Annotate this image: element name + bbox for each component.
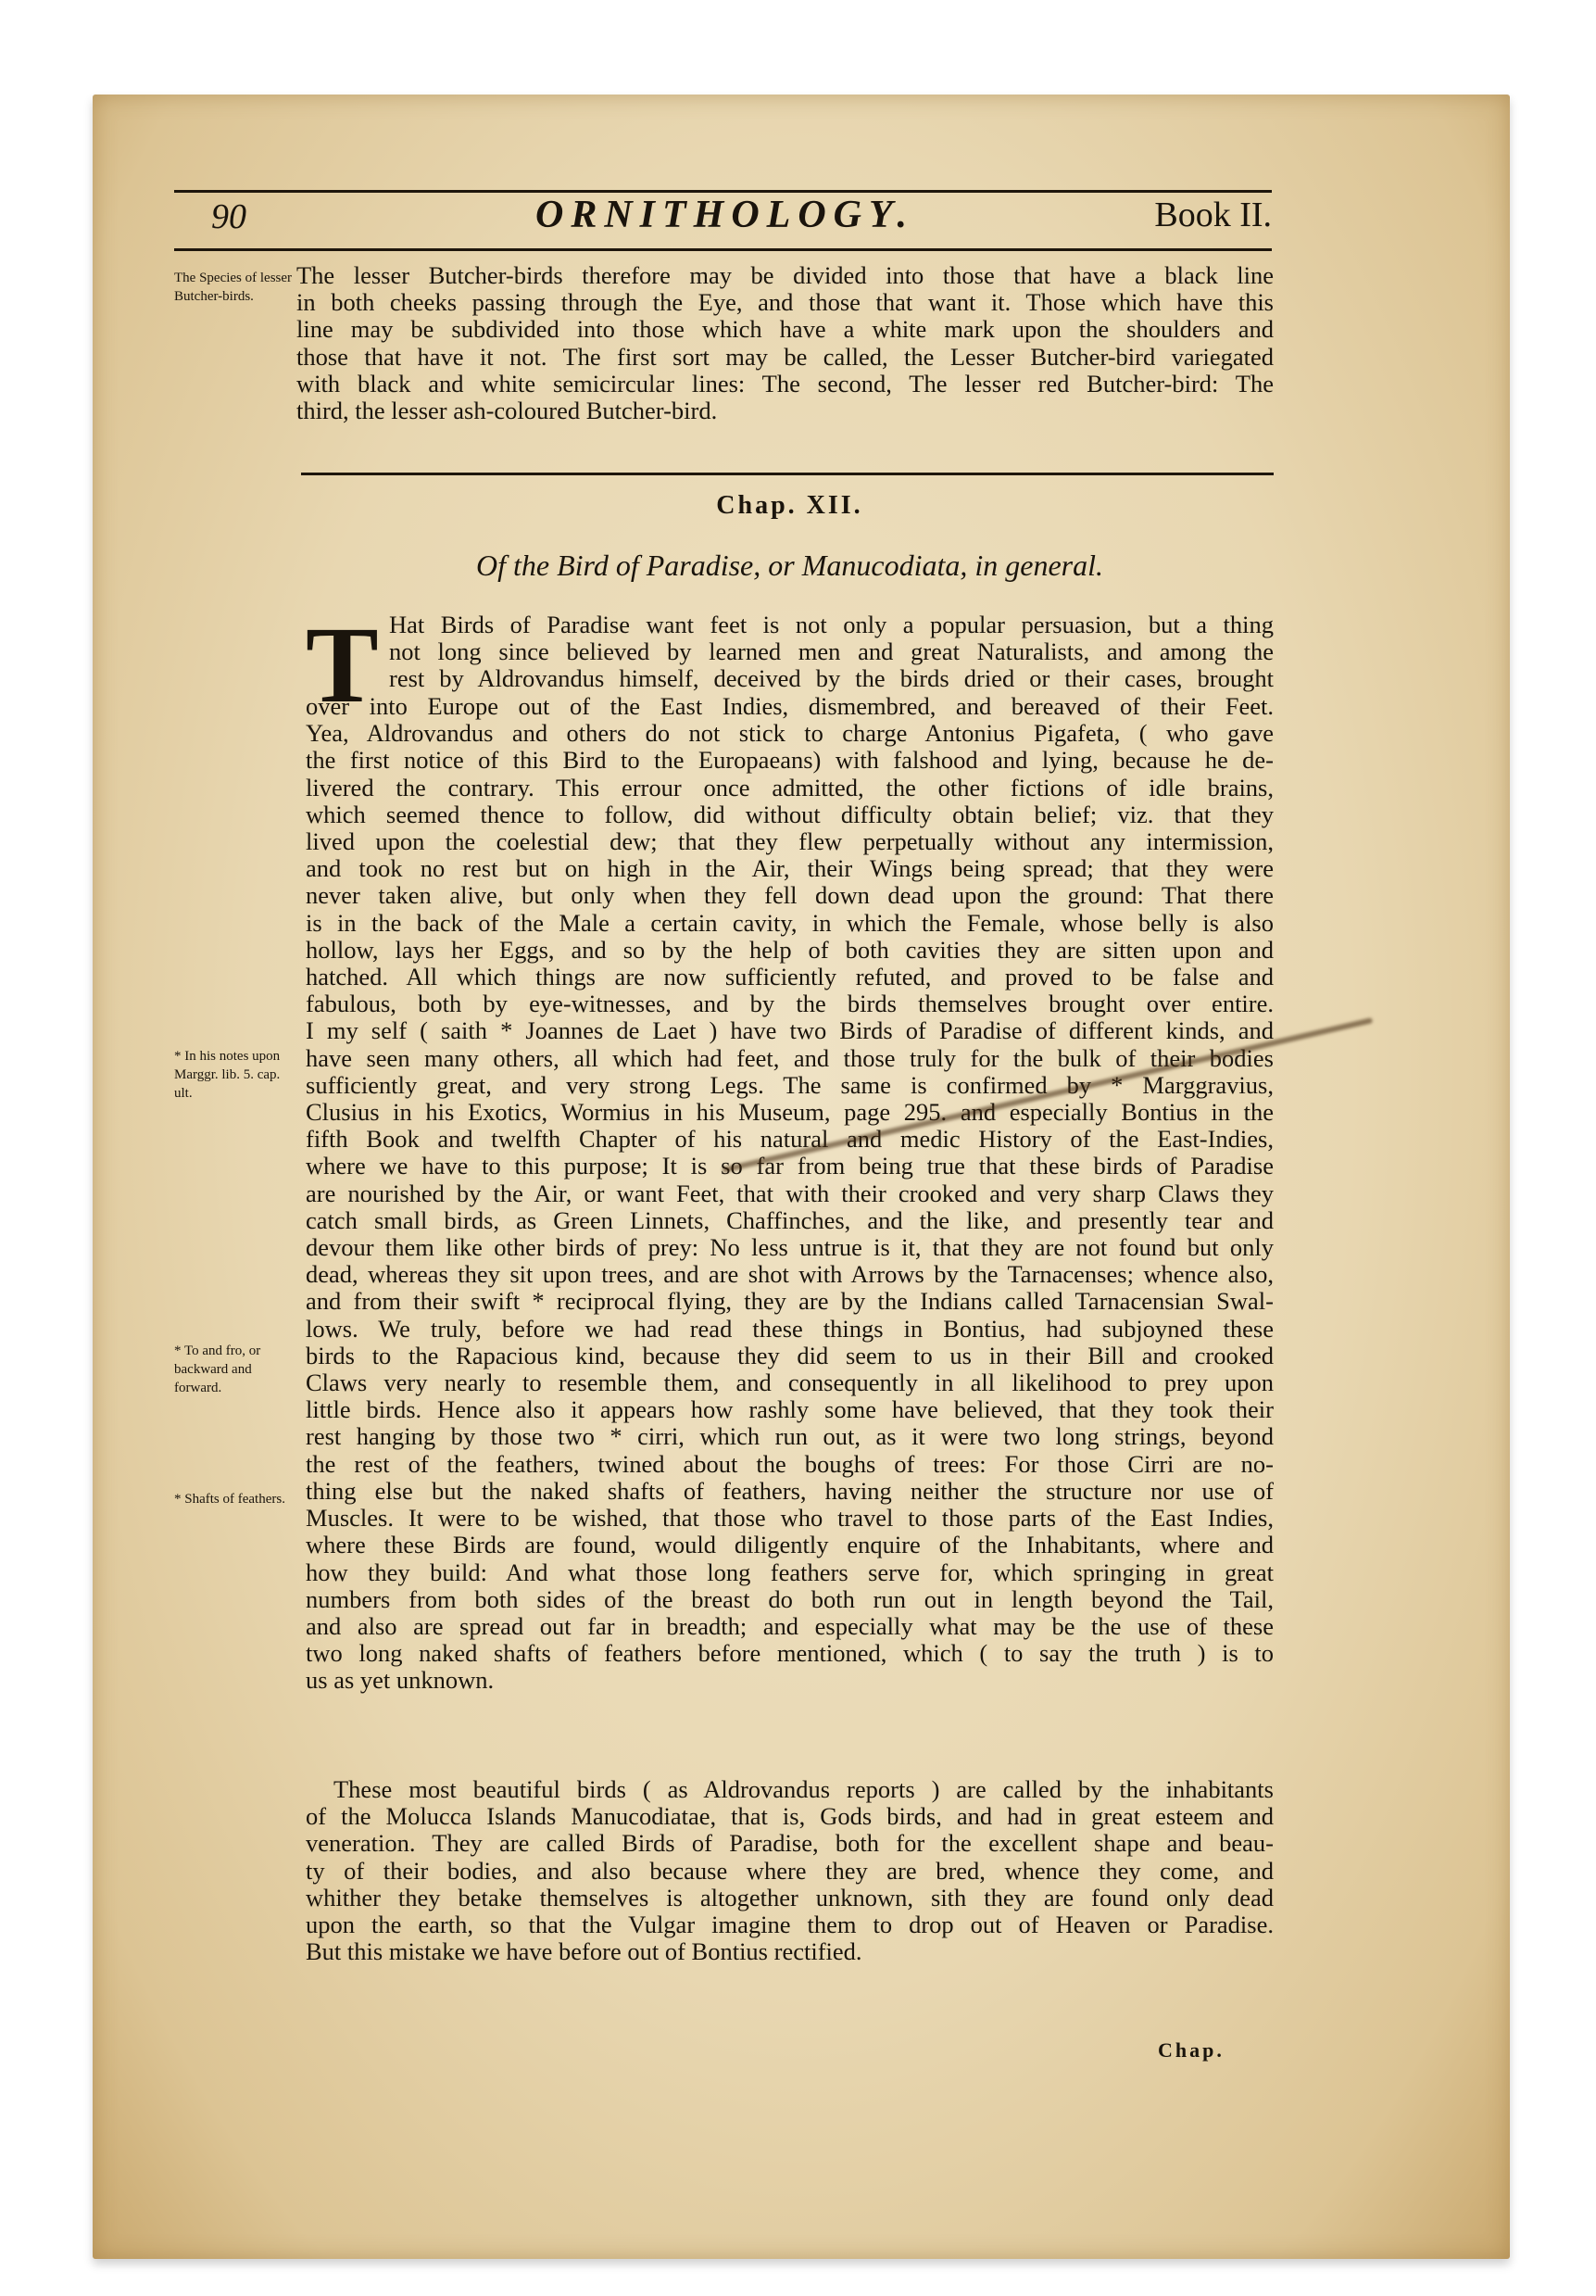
margin-note-de-laet: * In his notes upon Marggr. lib. 5. cap.… [174, 1047, 299, 1103]
paragraph-1-body: over into Europe out of the East Indies,… [306, 693, 1274, 1695]
margin-note-species: The Species of lesser Butcher-birds. [174, 269, 299, 306]
top-section-text: The lesser Butcher-birds therefore may b… [296, 262, 1274, 424]
running-head: 90 ORNITHOLOGY. Book II. [174, 193, 1272, 248]
book-number: Book II. [1154, 195, 1272, 235]
catchword: Chap. [1158, 2038, 1225, 2063]
chapter-number: Chap. XII. [306, 491, 1274, 521]
paragraph-1-intro: Hat Birds of Paradise want feet is not o… [389, 612, 1274, 693]
margin-note-to-and-fro: * To and fro, or backward and forward. [174, 1342, 299, 1397]
chapter-divider-rule [301, 473, 1274, 475]
chapter-title: Of the Bird of Paradise, or Manucodiata,… [306, 549, 1274, 583]
header-bottom-rule [174, 248, 1272, 251]
margin-note-shafts: * Shafts of feathers. [174, 1490, 299, 1508]
book-title: ORNITHOLOGY. [535, 193, 914, 237]
paragraph-2: These most beautiful birds ( as Aldrovan… [306, 1776, 1274, 1965]
page-number: 90 [211, 196, 246, 237]
